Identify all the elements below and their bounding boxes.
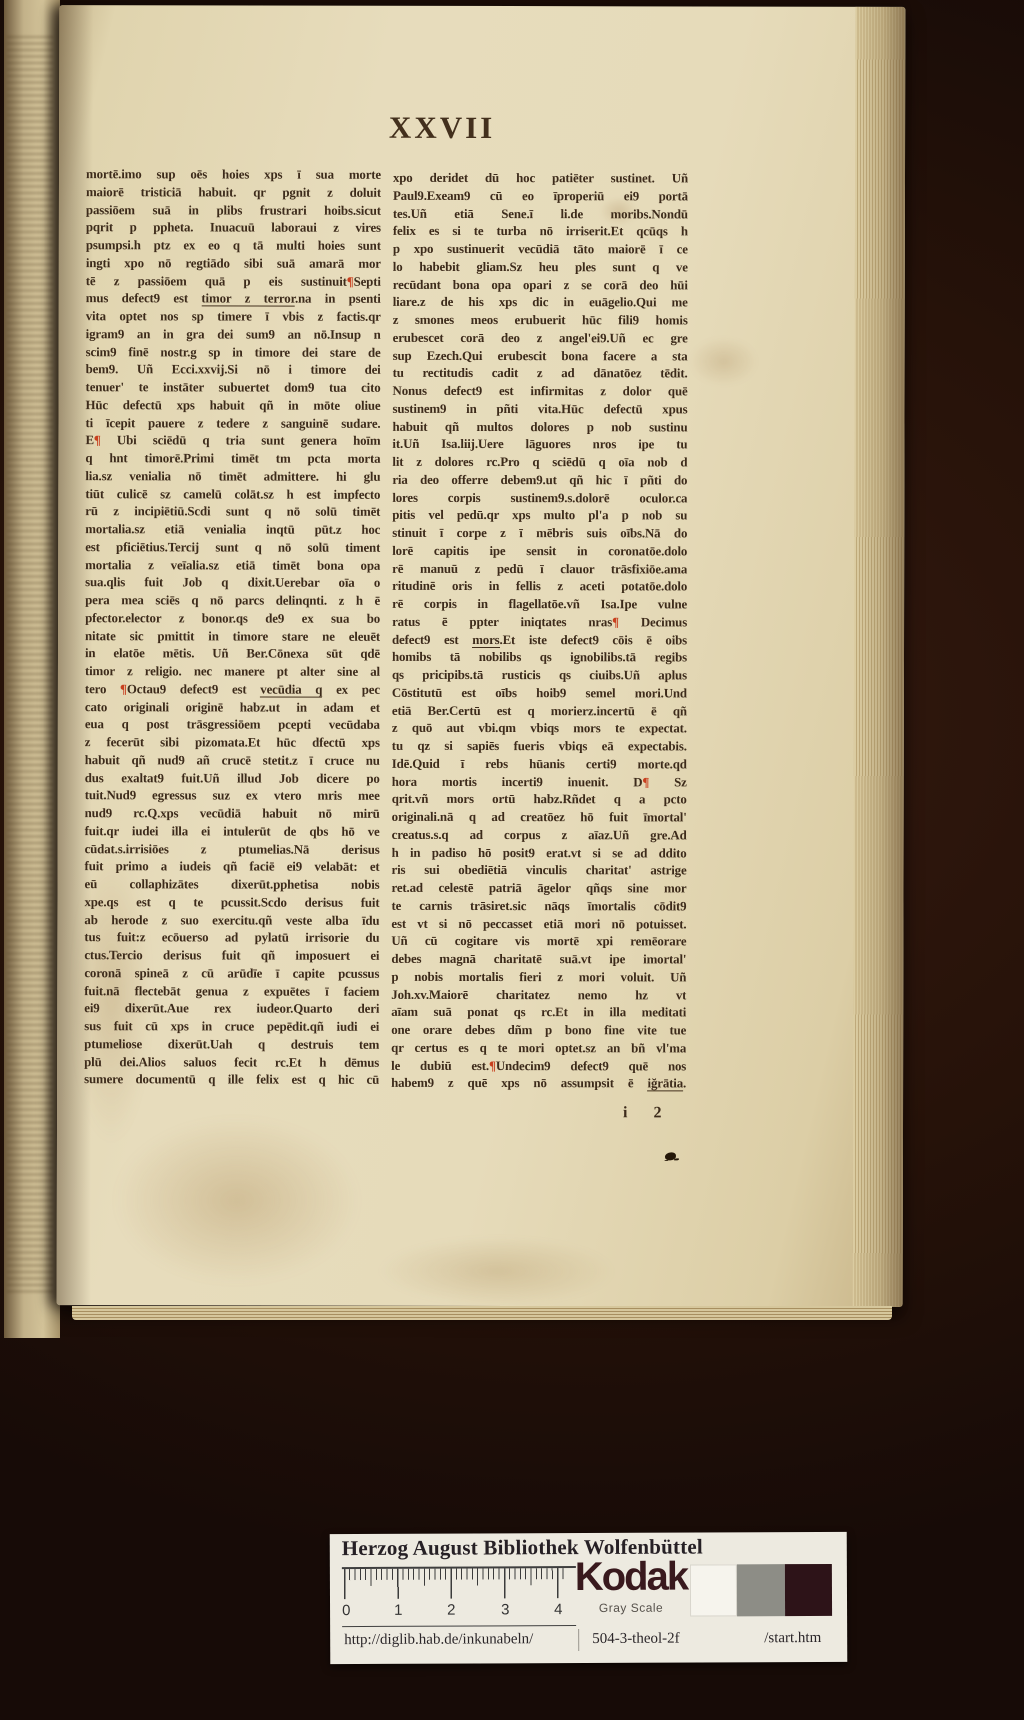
kodak-logo: Kodak <box>568 1555 694 1601</box>
water-stain <box>112 1115 362 1286</box>
text-line: sup Ezech.Qui erubescit bona facere a st… <box>393 347 688 365</box>
library-label-card: Herzog August Bibliothek Wolfenbüttel 0 … <box>330 1532 848 1664</box>
text-line: psumpsi.h ptz ex eo q tā multi hoies sun… <box>86 237 381 255</box>
text-line: q hnt timorē.Primi timēt tm pcta morta <box>85 450 380 468</box>
text-line: recūdant bona opa opari z se corā deo hū… <box>393 276 688 294</box>
text-line: passiōem suā in plibs frustrari hoibs.si… <box>86 202 381 220</box>
text-line: ab herode z suo exercitu.qñ veste alba ī… <box>84 912 379 930</box>
ink-blot <box>665 1152 676 1160</box>
text-line: nud9 rc.Q.xps vecūdiā habuit nō mirū <box>85 805 380 823</box>
text-line: tero ¶Octau9 defect9 est vecūdia q ex pe… <box>85 681 380 699</box>
text-line: ris sui obediētiā vinculis charitat' ast… <box>392 862 687 880</box>
text-line: sustinem9 in pñti vita.Hūc defectū xpus <box>392 401 687 419</box>
ruler-label-2: 2 <box>447 1602 455 1619</box>
text-line: mus defect9 est timor z terror.na in pse… <box>86 290 381 308</box>
text-line: etiā Ber.Certū est q morierz.incertū ē q… <box>392 702 687 720</box>
text-line: lorē capitis ipe sensit in coronatōe.dol… <box>392 543 687 561</box>
text-line: E¶ Ubi sciēdū q tria sunt genera hoīm <box>85 432 380 450</box>
text-line: est pficiētius.Tercij sunt q nō solū tim… <box>85 539 380 557</box>
water-stain <box>377 1236 617 1307</box>
text-line: sus fuit cū xps in cruce pepēdit.qñ iudi… <box>84 1018 379 1036</box>
text-line: Hūc defectū xps habuit qñ in mōte oliue <box>86 397 381 415</box>
text-line: ratus ē ppter iniqtates nras¶ Decimus <box>392 614 687 632</box>
text-line: pfector.elector z bonor.qs de9 ex sua bo <box>85 610 380 628</box>
text-line: sua.qlis fuit Job q dixit.Uerebar oīa o <box>85 574 380 592</box>
text-line: est vt si nō peccasset etiā mori nō potu… <box>391 915 686 933</box>
text-line: Joh.xv.Maiorē charitatez nemo hz vt <box>391 986 686 1004</box>
text-line: tes.Uñ etiā Sene.ī li.de moribs.Nondū <box>393 205 688 223</box>
text-line: debes magnā charitatē suā.vt ipe imortal… <box>391 951 686 969</box>
gray-scale-label: Gray Scale <box>568 1601 694 1616</box>
text-line: fuit.nā flectebāt genua z expuētes ī fac… <box>84 983 379 1001</box>
text-line: eū collaphizātes dixerūt.pphetisa nobis <box>85 876 380 894</box>
text-line: z smones meos erubuerit hūc fili9 homis <box>393 312 688 330</box>
facing-page-fore-edge <box>4 0 60 1338</box>
text-line: vita optet nos sp timere ī vbis z factis… <box>86 308 381 326</box>
text-line: originali.nā q ad creatōez hō fuit īmort… <box>392 809 687 827</box>
text-line: Idē.Quid ī rebs hūanis certi9 morte.qd <box>392 756 687 774</box>
text-line: cūdat.s.irrisiōes z ptumelias.Nā derisus <box>85 841 380 859</box>
text-line: Uñ cū cogitare vis mortē xpi remēorare <box>391 933 686 951</box>
folio-number: XXVII <box>347 110 537 146</box>
gray-patch-white <box>690 1564 737 1616</box>
text-line: ritudinē oris in fellis z aceti potatōe.… <box>392 578 687 596</box>
foxing-spot <box>689 336 759 386</box>
text-line: cato originali originē habz.ut in adam e… <box>85 699 380 717</box>
shelfmark: 504-3-theol-2f <box>592 1631 680 1648</box>
text-line: scim9 finē nostr.g sp in timore dei star… <box>86 344 381 362</box>
text-line: tu rectitudis cadit z ad dānatōez tēdit. <box>393 365 688 383</box>
text-line: maiorē tristiciā habuit. qr pgnit z dolu… <box>86 184 381 202</box>
centimeter-ruler: 0 1 2 3 4 <box>342 1566 576 1627</box>
text-line: p nobis mortalis fieri z mori voluit. Uñ <box>391 969 686 987</box>
text-line: rū z incipiētiū.Scdi sunt q nō solū timē… <box>85 503 380 521</box>
text-line: z fecerūt sibi pizomata.Et hūc dfectū xp… <box>85 734 380 752</box>
digitization-url: http://diglib.hab.de/inkunabeln/ <box>344 1631 533 1649</box>
text-column-left: mortē.imo sup oēs hoies xps ī sua mortem… <box>84 166 381 1090</box>
text-line: mortalia.sz etiā venialia inqtū pūt.z ho… <box>85 521 380 539</box>
text-line: ti īcepit pauere z tedere z sanguinē sud… <box>85 415 380 433</box>
text-line: it.Uñ Isa.liij.Uere lāguores nros ipe tu <box>392 436 687 454</box>
text-line: lia.sz venialia nō timēt admittere. hi g… <box>85 468 380 486</box>
text-line: plū dei.Alios saluos fecit rc.Et h dēmus <box>84 1054 379 1072</box>
text-line: ctus.Tercio derisus fuit qñ imposuert ei <box>84 947 379 965</box>
text-line: liare.z de his xps dic in euāgelio.Qui m… <box>393 294 688 312</box>
text-line: mortē.imo sup oēs hoies xps ī sua morte <box>86 166 381 184</box>
text-line: tuit.Nud9 egressus suz ex vtero mris mee <box>85 787 380 805</box>
text-line: te carnis trāsiret.sic nāqs īmortalis cō… <box>391 898 686 916</box>
text-line: Cōstitutū est oībs hoib9 semel mori.Und <box>392 685 687 703</box>
gray-patch-dark <box>785 1564 832 1616</box>
text-line: stinuit ī corpe z ī mēbris suis oībs.Nā … <box>392 525 687 543</box>
text-line: ret.ad celestē patriā āgelor qñqs sine m… <box>391 880 686 898</box>
text-line: tus fuit:z ecōuerso ad pylatū irrisorie … <box>84 929 379 947</box>
text-line: rē corpis in flagellatōe.vñ Isa.Ipe vuln… <box>392 596 687 614</box>
ruler-label-1: 1 <box>394 1602 402 1619</box>
text-line: ria deo offerre debem9.ut qñ hic ī pñti … <box>392 472 687 490</box>
text-line: pera mea sciēs q nō parcs delinqnti. z h… <box>85 592 380 610</box>
text-line: lo habebit gliam.Sz heu ples sunt q ve <box>393 259 688 277</box>
text-line: habem9 z quē xps nō assumpsit ē iğrātia. <box>391 1075 686 1093</box>
text-line: defect9 est mors.Et iste defect9 cōis ē … <box>392 631 687 649</box>
text-line: felix es si te turba nō irriserit.Et qcū… <box>393 223 688 241</box>
text-line: p xpo sustinuerit vecūdiā tāto maiorē ī … <box>393 241 688 259</box>
ruler-label-3: 3 <box>501 1601 509 1618</box>
text-line: ptumeliose dixerūt.Uah q destruis tem <box>84 1036 379 1054</box>
label-footer: http://diglib.hab.de/inkunabeln/ 504-3-t… <box>330 1628 847 1656</box>
text-line: h in padiso hō posit9 erat.vt si se ad d… <box>392 844 687 862</box>
text-line: aīam suā ponat qs rc.Et in illa meditati <box>391 1004 686 1022</box>
text-line: xpo deridet dū hoc patiēter sustinet. Uñ <box>393 170 688 188</box>
text-line: ingti xpo nō regtiādo sibi suā amarā mor <box>86 255 381 273</box>
text-line: qs pricipibs.tā rusticis qs ciuibs.Uñ ap… <box>392 667 687 685</box>
text-line: xpe.qs est q te pcussit.Scdo derisus fui… <box>84 894 379 912</box>
text-line: hora mortis incerti9 inuenit. D¶ Sz <box>392 773 687 791</box>
text-line: pitis vel pedū.qr xps multo pl'a p nob s… <box>392 507 687 525</box>
text-line: ei9 dixerūt.Aue rex iudeor.Quarto deri <box>84 1000 379 1018</box>
text-line: bem9. Uñ Ecci.xxvij.Si nō i timore dei <box>86 361 381 379</box>
text-line: habuit qñ nud9 añ crucē stetit.z ī cruce… <box>85 752 380 770</box>
text-line: habuit qñ multos dolores p nob sustinu <box>392 418 687 436</box>
text-line: igram9 an in gra dei sum9 an nō.Insup n <box>86 326 381 344</box>
text-line: lores corpis sustinem9.s.dolorē oculor.c… <box>392 489 687 507</box>
text-line: in elatōe mētis. Uñ Ber.Cōnexa sūt qdē <box>85 645 380 663</box>
page-stack-bottom-edge <box>72 1306 892 1320</box>
text-line: eua q post trāsgressiōem pcepti vecūdaba <box>85 716 380 734</box>
text-line: pqrit p ppheta. Inuacuū laboraui z vires <box>86 219 381 237</box>
start-page-path: /start.htm <box>764 1630 821 1647</box>
text-line: z quō aut vbi.qm vbiqs mors te expectat. <box>392 720 687 738</box>
text-line: timor z religio. nec manere pt alter sin… <box>85 663 380 681</box>
text-line: tenuer' te instāter subuertet dom9 tua c… <box>86 379 381 397</box>
text-line: homibs tā nobilibs qs ignobilibs.tā regi… <box>392 649 687 667</box>
footer-divider <box>578 1629 579 1651</box>
incunabulum-page: XXVII mortē.imo sup oēs hoies xps ī sua … <box>57 5 906 1307</box>
text-line: fuit.qr iudei illa ei intulerūt de qbs h… <box>85 823 380 841</box>
text-line: lit z dolores rc.Pro q sciēdū q oīa nob … <box>392 454 687 472</box>
text-line: sumere documentū q ille felix est q hic … <box>84 1071 379 1089</box>
text-line: tē z passiōem quā p eis sustinuit¶Septi <box>86 273 381 291</box>
bleed-through-text <box>7 36 53 1296</box>
text-line: qr certus es q te mori optet.sz an bñ vl… <box>391 1040 686 1058</box>
gray-patch-mid <box>737 1564 785 1616</box>
text-line: erubescet corā deo z angel'ei9.Uñ ec gre <box>393 330 688 348</box>
ruler-cm-ticks <box>344 1568 564 1599</box>
text-line: mortalia z veīalia.sz etiā timēt bona op… <box>85 557 380 575</box>
text-column-right: xpo deridet dū hoc patiēter sustinet. Uñ… <box>391 170 688 1094</box>
text-line: Paul9.Exeam9 cū eo īproperiū ei9 portā <box>393 188 688 206</box>
text-line: Nonus defect9 est infirmitas z dolor quē <box>393 383 688 401</box>
ruler-label-4: 4 <box>554 1601 562 1618</box>
text-line: tiūt culicē sz camelū colāt.sz h est imp… <box>85 486 380 504</box>
quire-signature: i 2 <box>623 1104 672 1122</box>
text-line: creatus.s.q ad corpus z aīaz.Uñ gre.Ad <box>392 827 687 845</box>
text-line: one orare debes dñm p bono fine vite tue <box>391 1022 686 1040</box>
text-line: qrit.vñ mors ortū habz.Rñdet q a pcto <box>392 791 687 809</box>
page-block-fore-edge <box>853 7 906 1307</box>
ruler-label-0: 0 <box>342 1602 350 1619</box>
text-line: coronā spineā z cū arūdīe ī capite pcuss… <box>84 965 379 983</box>
text-line: rē manuū z pedū ī clauor trāsfixiōe.ama <box>392 560 687 578</box>
text-line: fuit primo a iudeis qñ faciē ei9 velabāt… <box>85 858 380 876</box>
text-line: tu qz si sapiēs fueris vbiqs eā expectab… <box>392 738 687 756</box>
text-line: nitate sic pmittit in timore stare ne el… <box>85 628 380 646</box>
text-line: dus exaltat9 fuit.Uñ illud Job dicere po <box>85 770 380 788</box>
text-line: le dubiū est.¶Undecim9 defect9 quē nos <box>391 1057 686 1075</box>
